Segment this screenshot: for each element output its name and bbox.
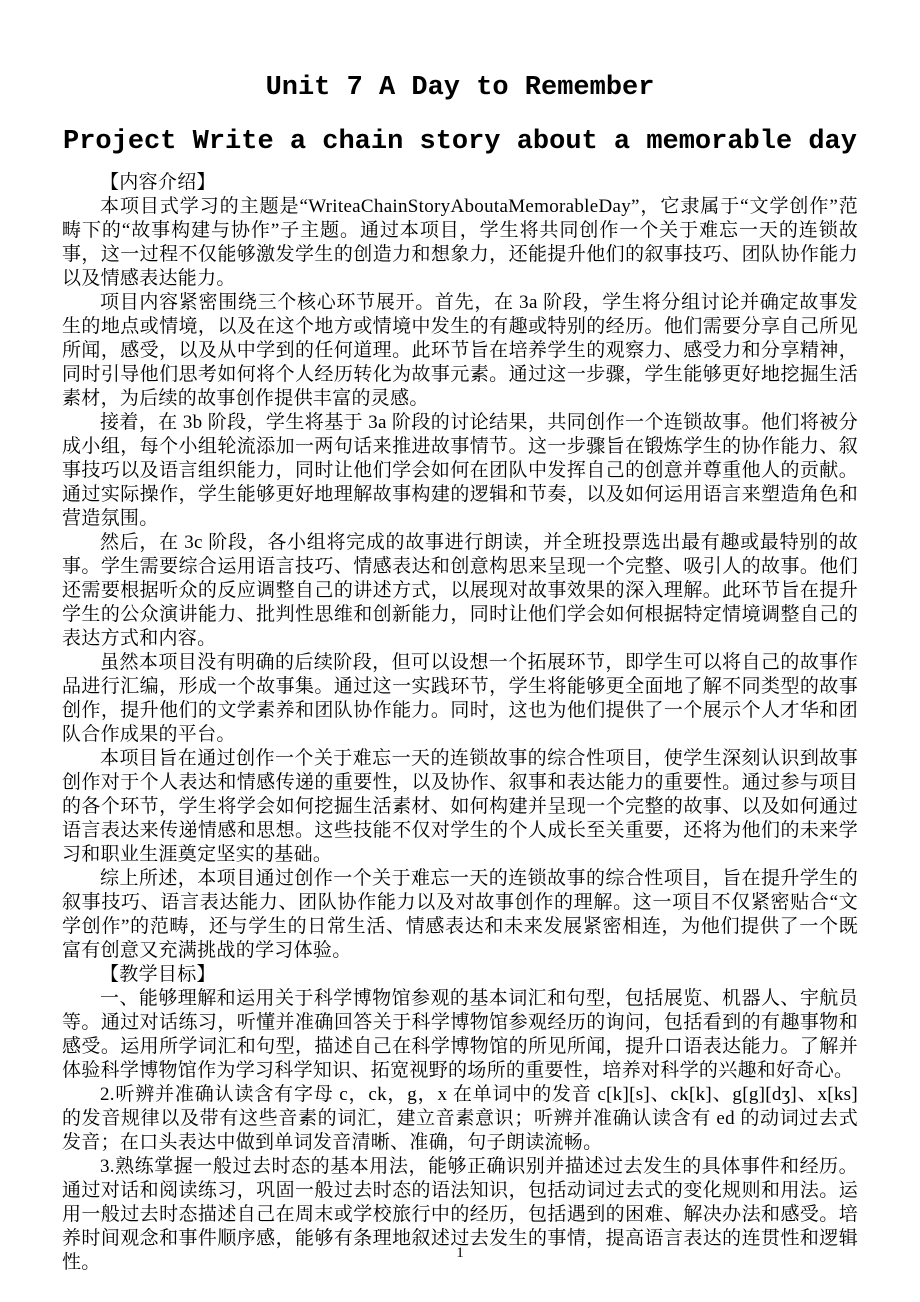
project-title: Project Write a chain story about a memo…: [62, 126, 858, 159]
paragraph: 然后，在 3c 阶段，各小组将完成的故事进行朗读，并全班投票选出最有趣或最特别的…: [62, 531, 858, 651]
page-number: 1: [0, 1244, 920, 1262]
paragraph: 一、能够理解和运用关于科学博物馆参观的基本词汇和句型，包括展览、机器人、宇航员等…: [62, 987, 858, 1083]
section-heading-content-intro: 【内容介绍】: [62, 171, 858, 195]
document-content: Unit 7 A Day to Remember Project Write a…: [0, 0, 920, 1275]
document-body: 【内容介绍】 本项目式学习的主题是“WriteaChainStoryAbouta…: [62, 171, 858, 1275]
document-page: Unit 7 A Day to Remember Project Write a…: [0, 0, 920, 1302]
section-heading-teaching-goals: 【教学目标】: [62, 963, 858, 987]
paragraph: 接着，在 3b 阶段，学生将基于 3a 阶段的讨论结果，共同创作一个连锁故事。他…: [62, 411, 858, 531]
unit-title: Unit 7 A Day to Remember: [62, 72, 858, 105]
paragraph: 项目内容紧密围绕三个核心环节展开。首先，在 3a 阶段，学生将分组讨论并确定故事…: [62, 291, 858, 411]
paragraph: 本项目式学习的主题是“WriteaChainStoryAboutaMemorab…: [62, 195, 858, 291]
paragraph: 本项目旨在通过创作一个关于难忘一天的连锁故事的综合性项目，使学生深刻认识到故事创…: [62, 747, 858, 867]
paragraph: 虽然本项目没有明确的后续阶段，但可以设想一个拓展环节，即学生可以将自己的故事作品…: [62, 651, 858, 747]
paragraph: 2.听辨并准确认读含有字母 c，ck，g，x 在单词中的发音 c[k][s]、c…: [62, 1083, 858, 1155]
paragraph: 综上所述，本项目通过创作一个关于难忘一天的连锁故事的综合性项目，旨在提升学生的叙…: [62, 867, 858, 963]
